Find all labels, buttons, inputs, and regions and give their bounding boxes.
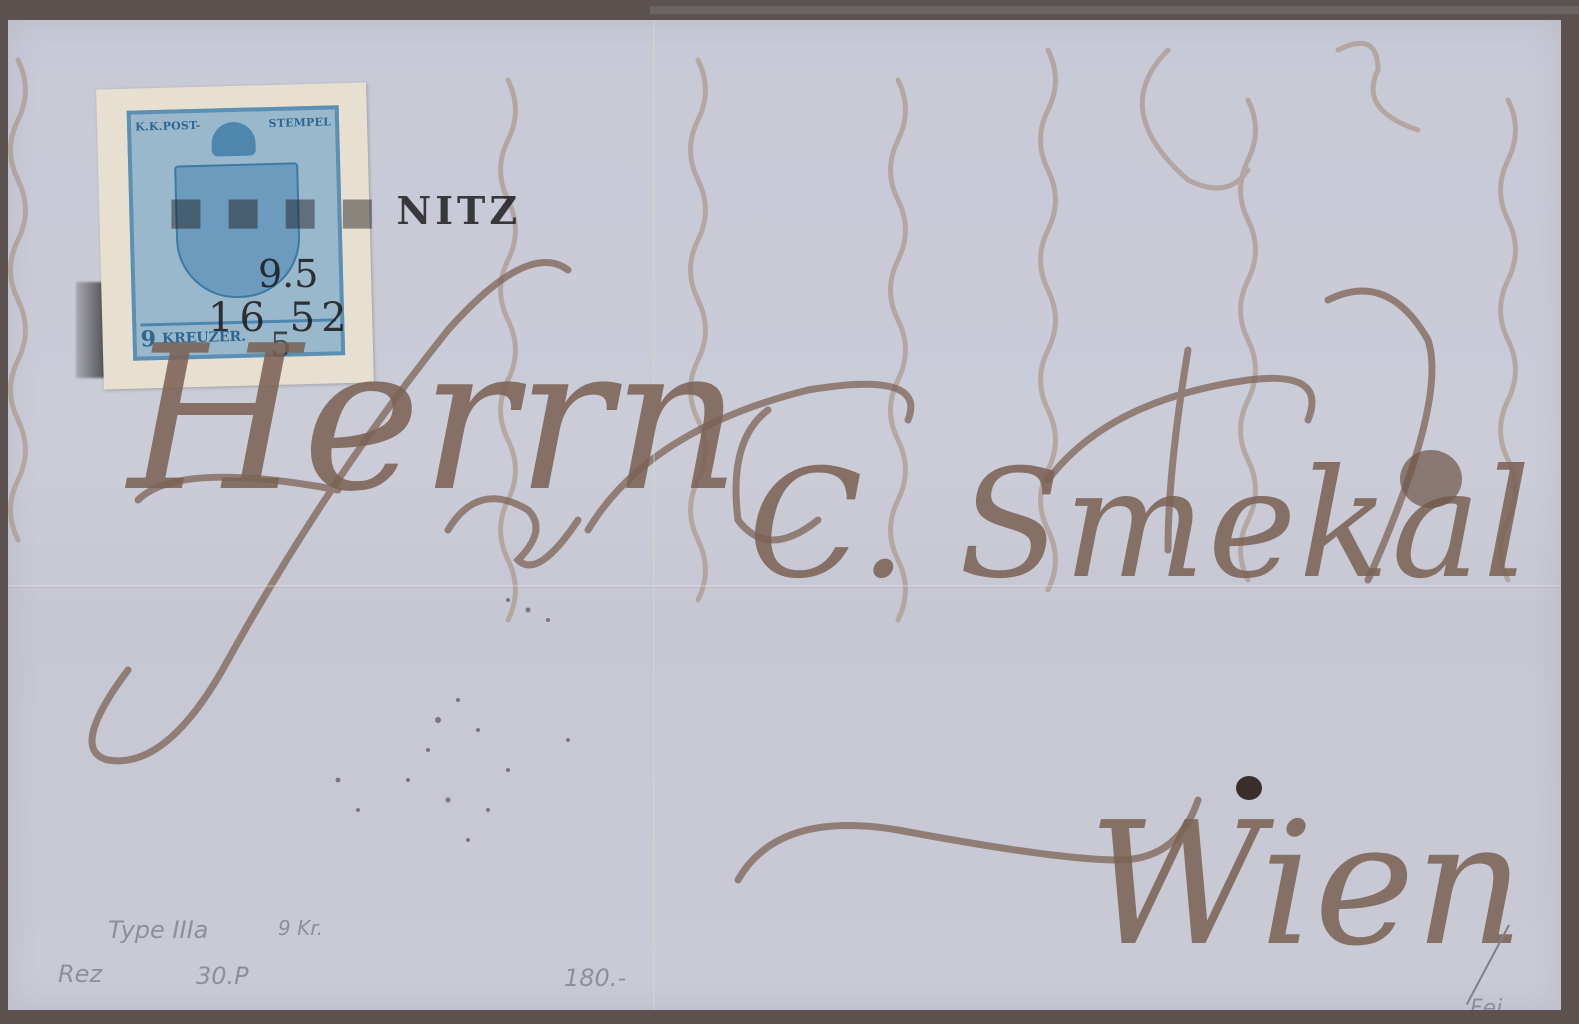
letter-cover: K.K.POST- STEMPEL 9 KREUZER. ■ ■ ■ ■ NIT… bbox=[8, 20, 1561, 1010]
address-city: Wien bbox=[1088, 800, 1524, 970]
pencil-note-catalog: 30.P bbox=[196, 962, 249, 990]
pencil-note-type: Type IIIa bbox=[108, 916, 208, 944]
stamp-header-right: STEMPEL bbox=[268, 115, 331, 130]
stamp-header-left: K.K.POST- bbox=[135, 119, 201, 134]
address-salutation: Herrn bbox=[128, 320, 741, 520]
faint-postmark bbox=[308, 580, 628, 880]
pencil-note-value: 9 Kr. bbox=[278, 916, 323, 940]
pencil-note-rez: Rez bbox=[58, 960, 102, 988]
mount-frame-edge bbox=[650, 6, 1579, 14]
postmark-town: ■ ■ ■ ■ NITZ bbox=[168, 188, 521, 233]
pencil-note-price: 180.- bbox=[564, 964, 626, 992]
postmark-town-text: NITZ bbox=[397, 188, 522, 233]
expert-signature: Fei bbox=[1470, 996, 1502, 1010]
postmark-date-line1: 9.5 bbox=[258, 252, 318, 296]
ink-drop bbox=[1236, 776, 1262, 800]
ink-blot bbox=[1400, 450, 1462, 508]
